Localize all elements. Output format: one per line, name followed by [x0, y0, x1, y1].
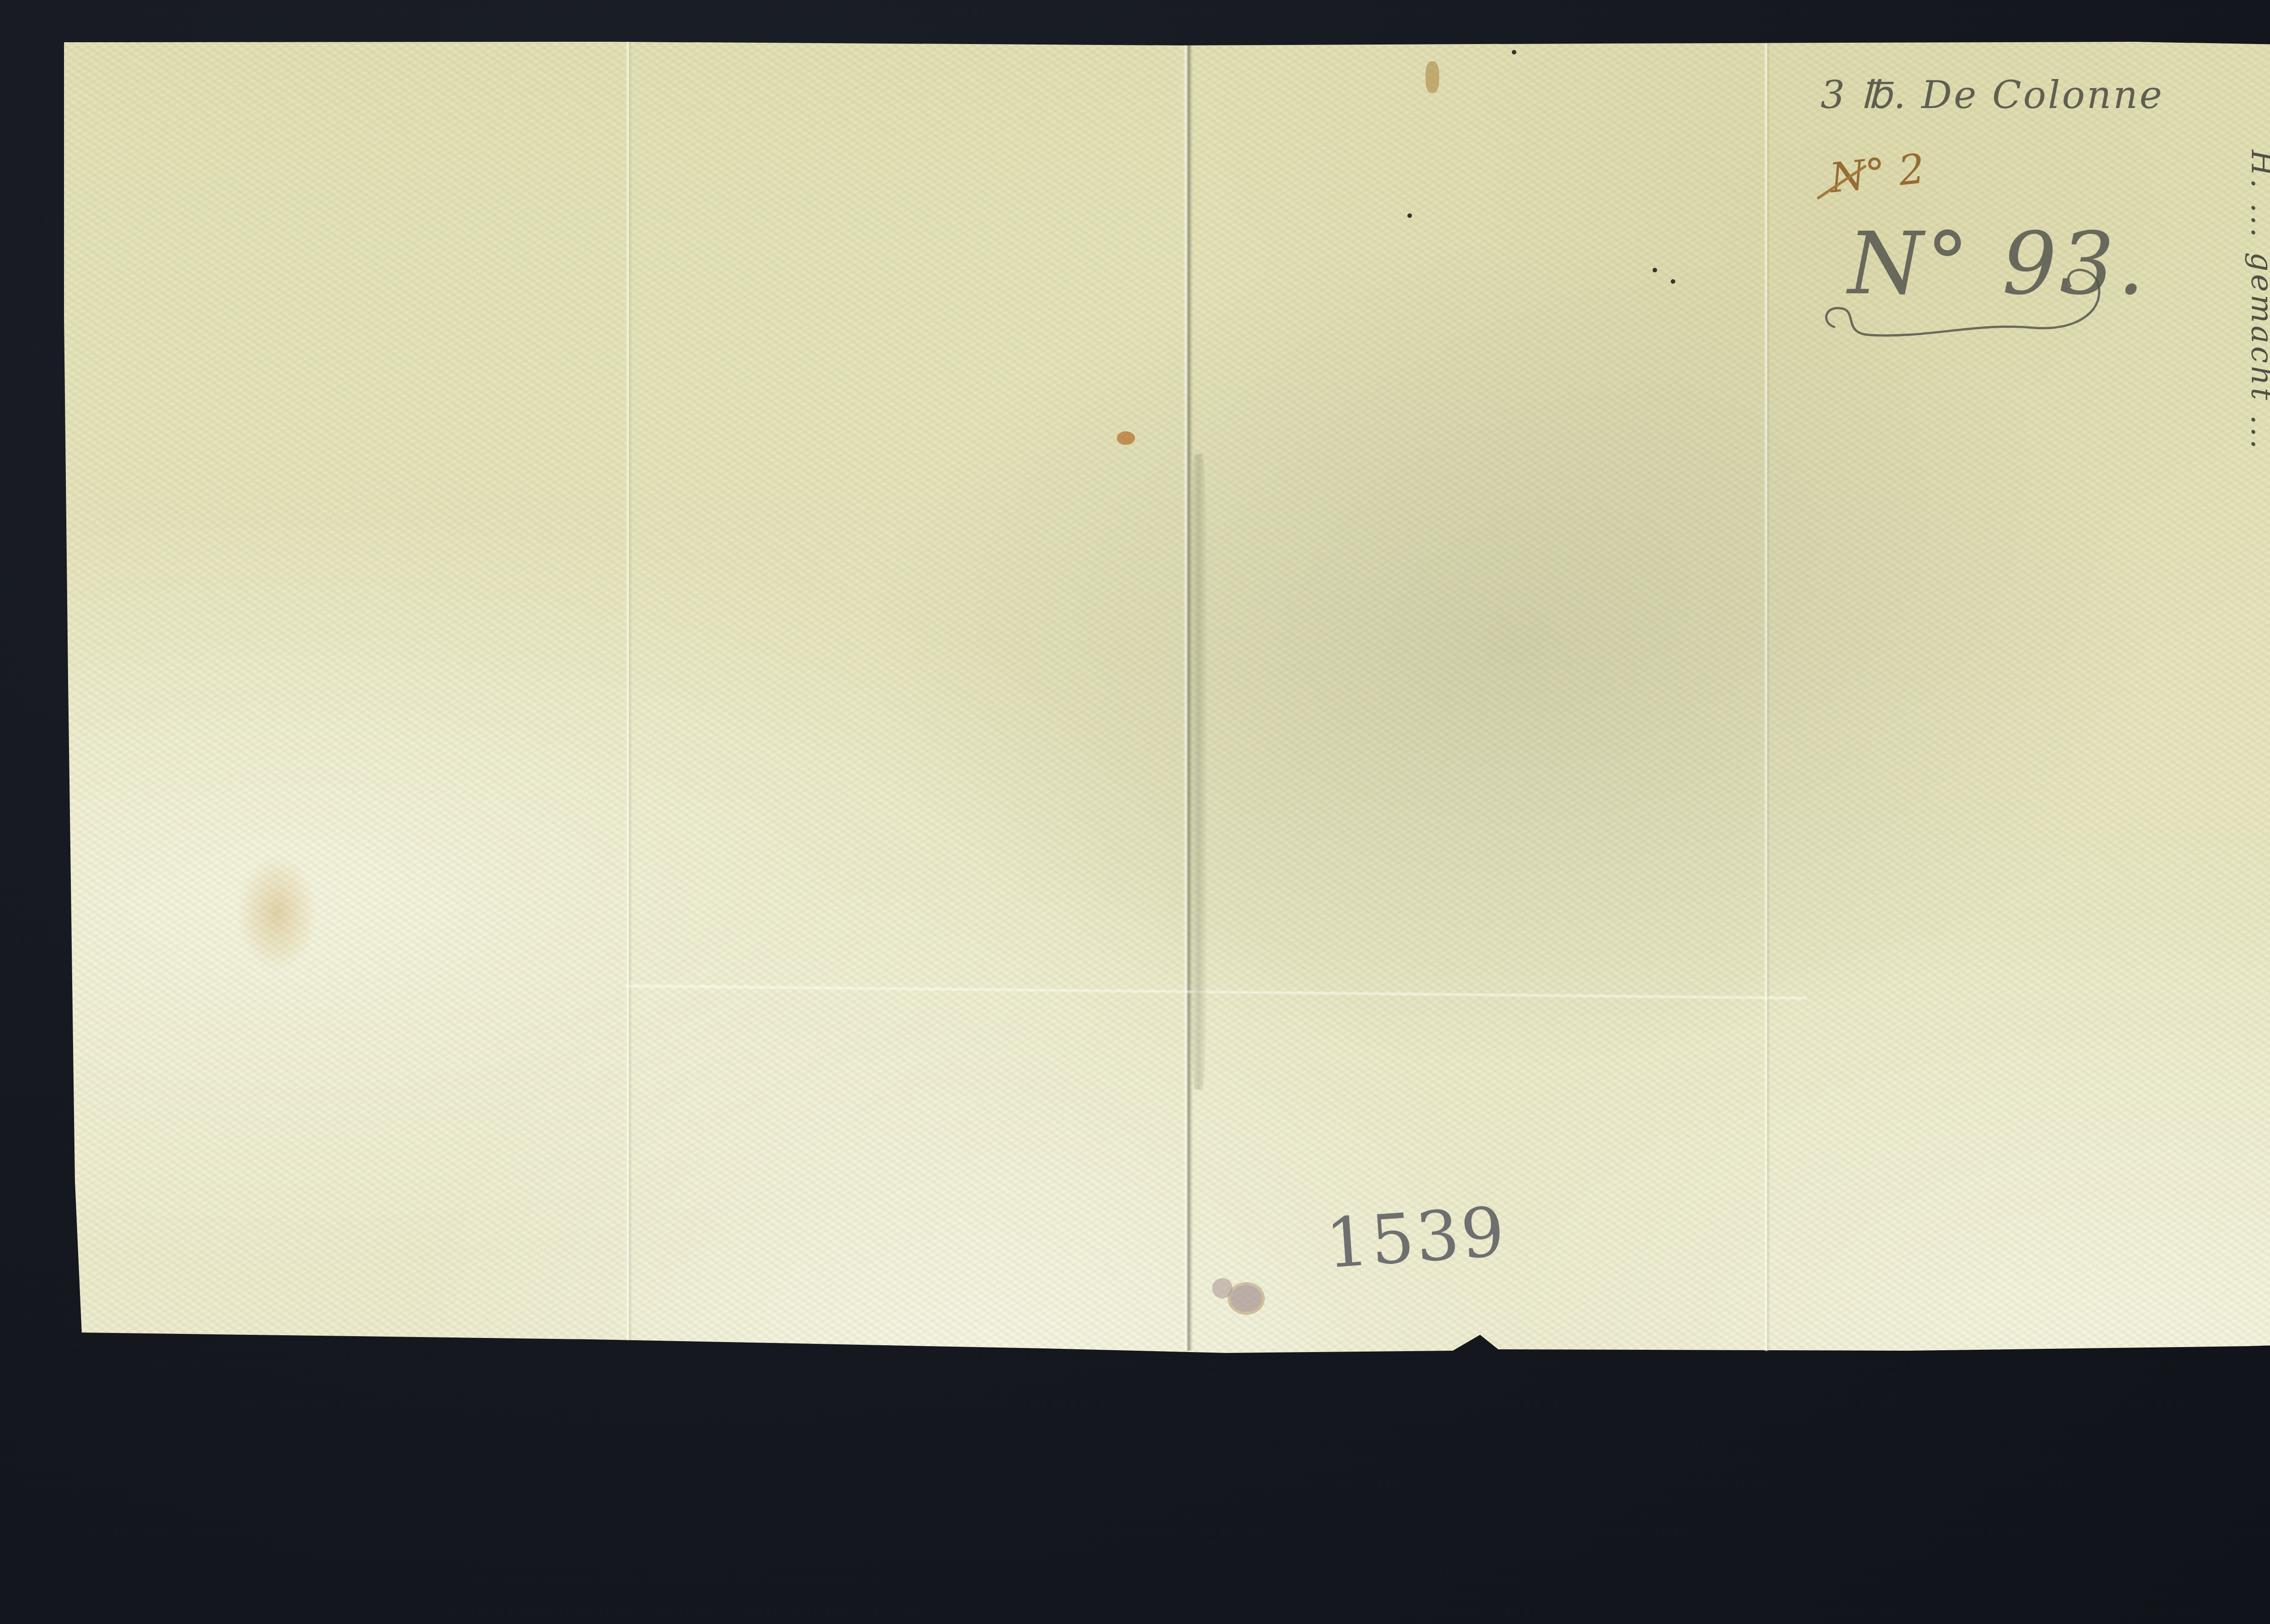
- ink-speck: [1407, 213, 1412, 218]
- pencil-archive-number: 1539: [1323, 1192, 1509, 1283]
- handwritten-red-number: N° 2: [1827, 145, 1927, 202]
- water-stain: [236, 854, 318, 972]
- brown-stain: [1426, 61, 1439, 93]
- vertical-fold-line-1: [626, 42, 632, 1340]
- flourish-underline-icon: [1816, 254, 2116, 345]
- rust-spot: [1117, 431, 1135, 445]
- vertical-fold-line-3: [1764, 44, 1770, 1351]
- ink-speck: [1653, 268, 1657, 272]
- wax-residue-stain-small: [1212, 1278, 1233, 1298]
- fold-discoloration: [1189, 454, 1208, 1090]
- ink-speck: [1671, 279, 1675, 284]
- vertical-handwriting-block: Zuschr. v. ... Hr. ... ... 1/18 ... H. .…: [2240, 150, 2270, 1058]
- wax-residue-stain: [1230, 1285, 1262, 1312]
- handwritten-top-note: 3 ℔. De Colonne: [1821, 73, 2164, 117]
- ink-speck: [1512, 50, 1516, 54]
- vertical-script-line: H. ... gemacht ...: [2245, 150, 2270, 1058]
